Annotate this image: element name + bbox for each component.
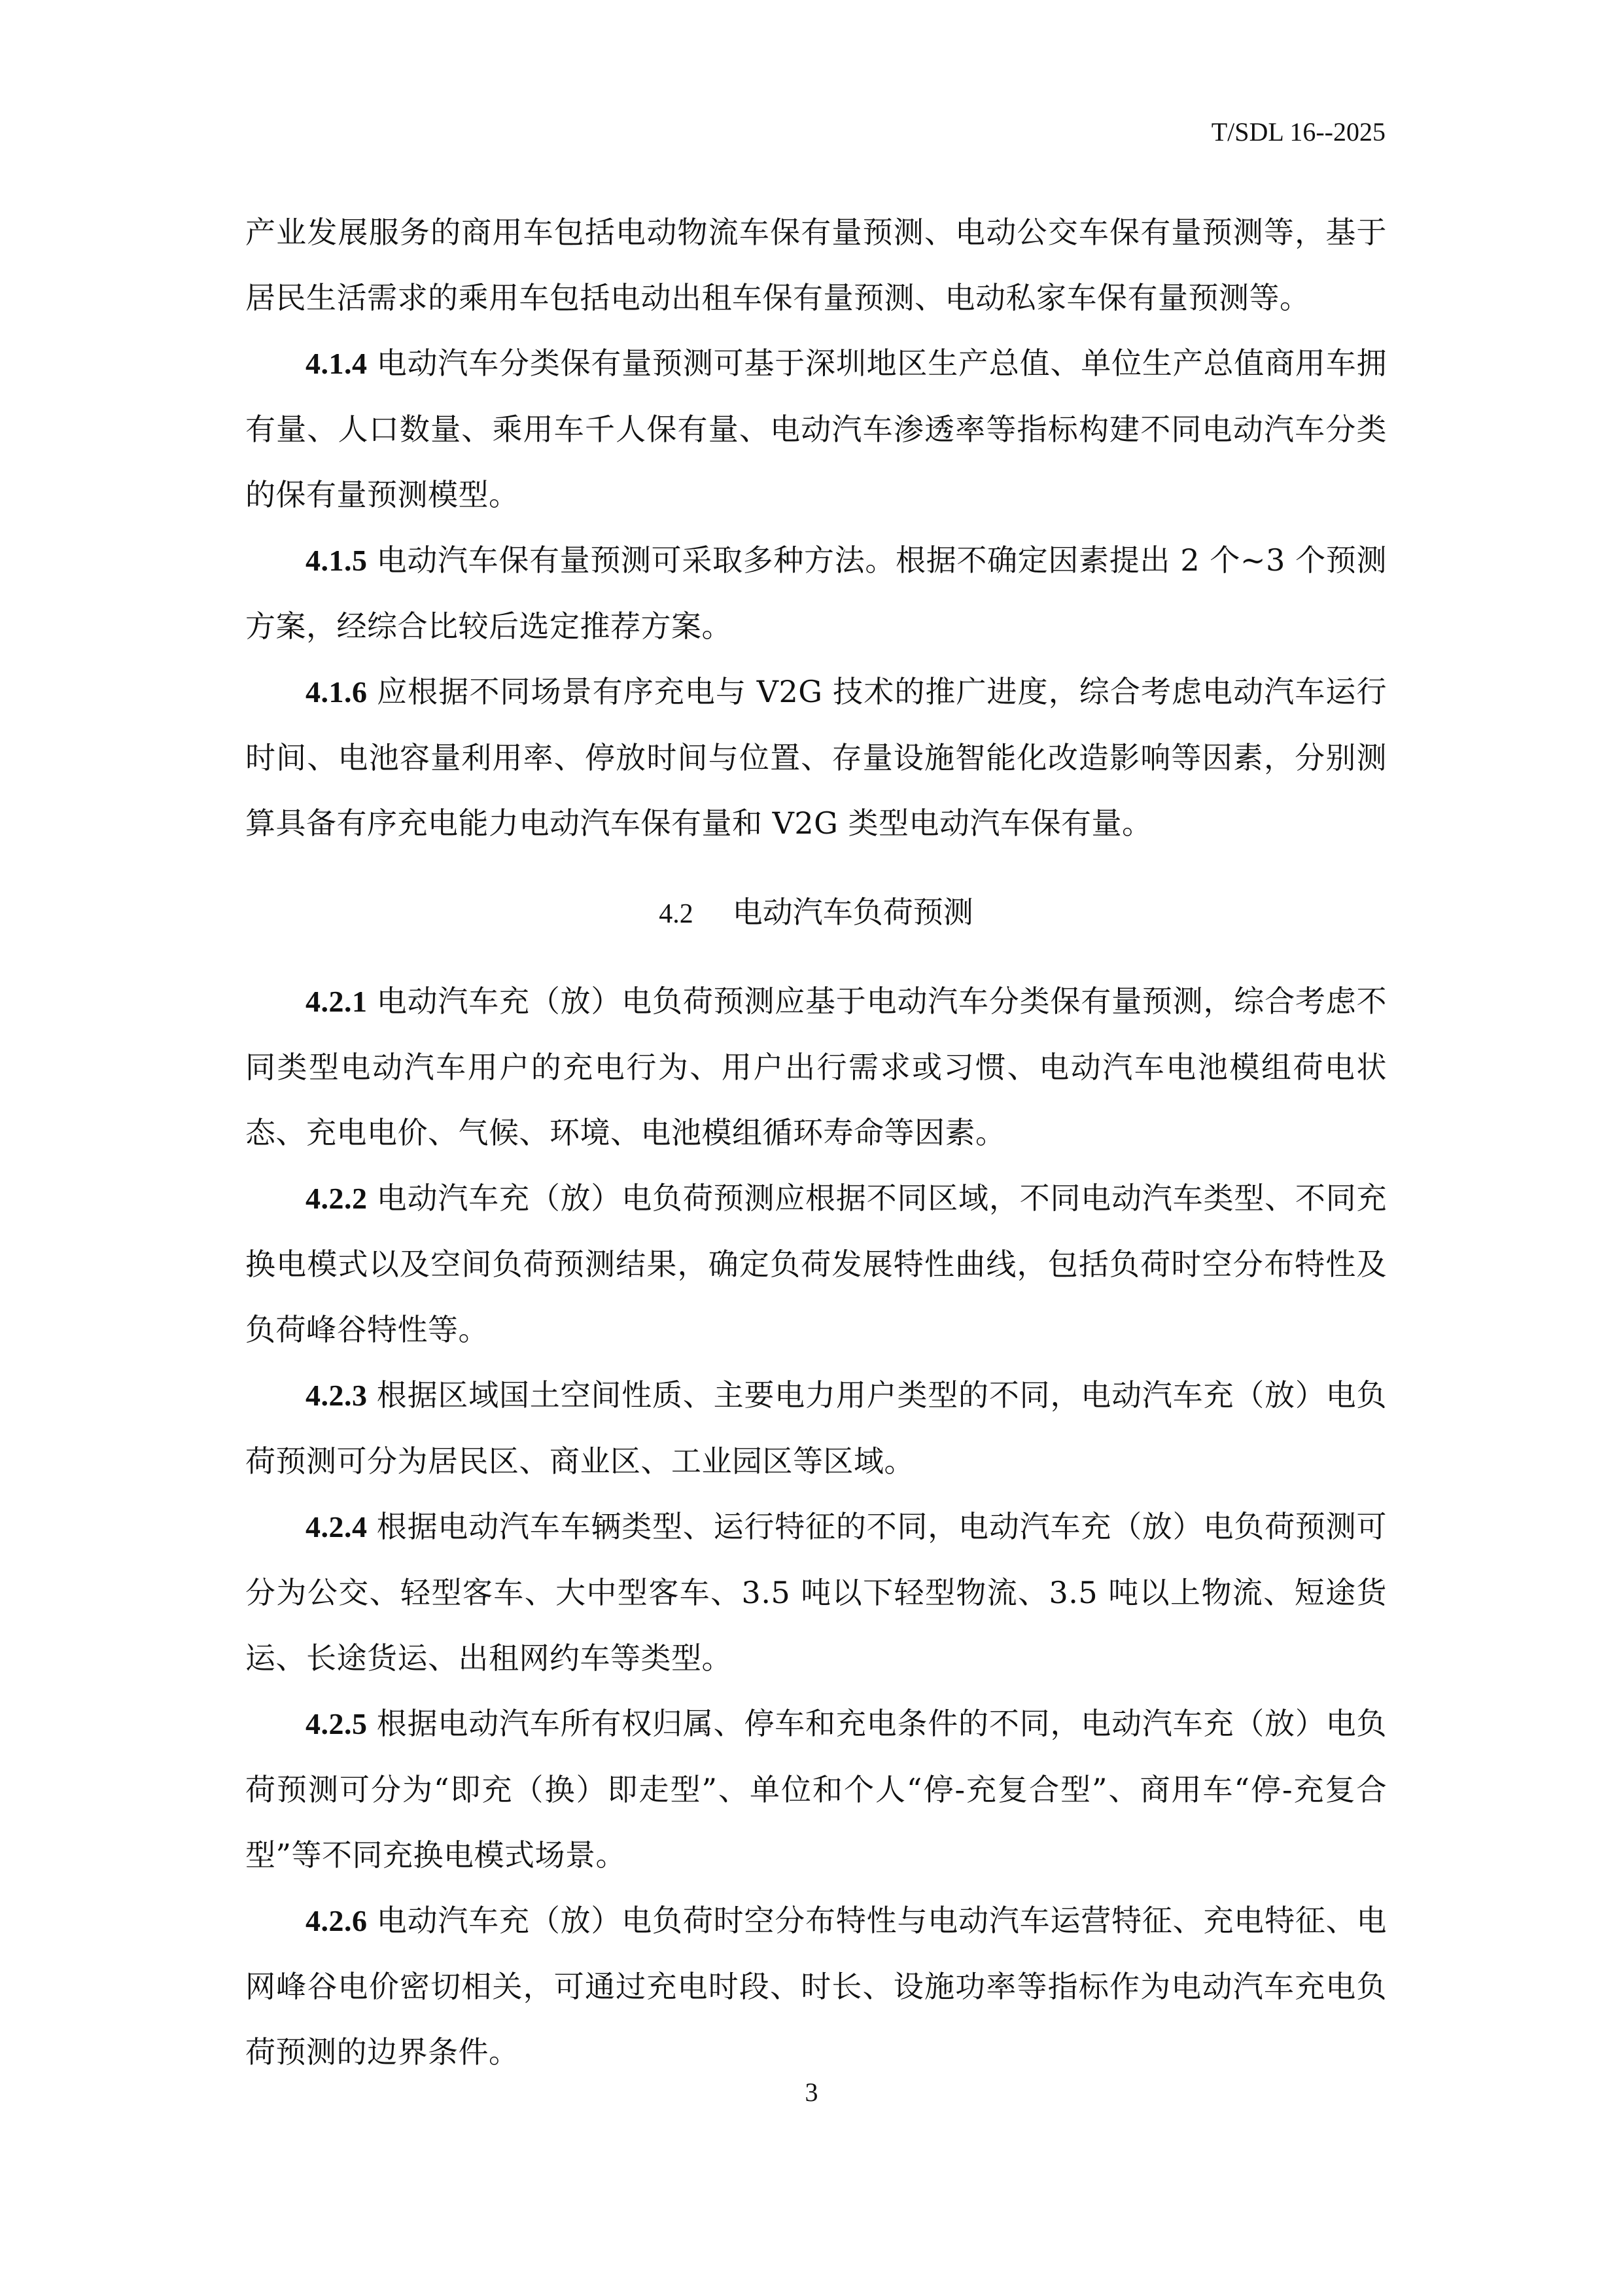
clause-text: 根据电动汽车车辆类型、运行特征的不同，电动汽车充（放）电负荷预测可分为公交、轻型… bbox=[245, 1509, 1387, 1676]
clause-number: 4.2.1 bbox=[305, 985, 368, 1018]
clause-4-2-5: 4.2.5根据电动汽车所有权归属、停车和充电条件的不同，电动汽车充（放）电负荷预… bbox=[245, 1691, 1387, 1888]
clause-4-1-4: 4.1.4电动汽车分类保有量预测可基于深圳地区生产总值、单位生产总值商用车拥有量… bbox=[245, 330, 1387, 527]
clause-4-2-2: 4.2.2电动汽车充（放）电负荷预测应根据不同区域，不同电动汽车类型、不同充换电… bbox=[245, 1165, 1387, 1362]
clause-4-2-1: 4.2.1电动汽车充（放）电负荷预测应基于电动汽车分类保有量预测，综合考虑不同类… bbox=[245, 968, 1387, 1165]
clause-text: 电动汽车保有量预测可采取多种方法。根据不确定因素提出 2 个~3 个预测方案，经… bbox=[245, 542, 1387, 644]
clause-number: 4.1.5 bbox=[305, 544, 368, 577]
clause-text: 根据电动汽车所有权归属、停车和充电条件的不同，电动汽车充（放）电负荷预测可分为“… bbox=[245, 1706, 1387, 1873]
clause-number: 4.2.3 bbox=[305, 1379, 368, 1412]
clause-text: 根据区域国土空间性质、主要电力用户类型的不同，电动汽车充（放）电负荷预测可分为居… bbox=[245, 1377, 1387, 1479]
clause-4-2-3: 4.2.3根据区域国土空间性质、主要电力用户类型的不同，电动汽车充（放）电负荷预… bbox=[245, 1362, 1387, 1494]
document-code-header: T/SDL 16--2025 bbox=[1212, 113, 1386, 152]
page-number: 3 bbox=[0, 2073, 1623, 2112]
clause-text: 电动汽车充（放）电负荷预测应根据不同区域，不同电动汽车类型、不同充换电模式以及空… bbox=[245, 1180, 1387, 1347]
clause-number: 4.2.5 bbox=[305, 1707, 368, 1740]
section-title: 电动汽车负荷预测 bbox=[733, 894, 973, 930]
clause-4-2-4: 4.2.4根据电动汽车车辆类型、运行特征的不同，电动汽车充（放）电负荷预测可分为… bbox=[245, 1494, 1387, 1691]
clause-text: 电动汽车充（放）电负荷时空分布特性与电动汽车运营特征、充电特征、电网峰谷电价密切… bbox=[245, 1903, 1387, 2070]
clause-text: 电动汽车充（放）电负荷预测应基于电动汽车分类保有量预测，综合考虑不同类型电动汽车… bbox=[245, 983, 1387, 1150]
section-number: 4.2 bbox=[659, 899, 693, 929]
section-heading-4-2: 4.2电动汽车负荷预测 bbox=[245, 879, 1387, 945]
document-body: 产业发展服务的商用车包括电动物流车保有量预测、电动公交车保有量预测等，基于居民生… bbox=[245, 200, 1387, 2085]
clause-number: 4.2.2 bbox=[305, 1182, 368, 1215]
clause-number: 4.1.4 bbox=[305, 347, 368, 380]
clause-4-1-6: 4.1.6应根据不同场景有序充电与 V2G 技术的推广进度，综合考虑电动汽车运行… bbox=[245, 659, 1387, 856]
continuation-paragraph: 产业发展服务的商用车包括电动物流车保有量预测、电动公交车保有量预测等，基于居民生… bbox=[245, 200, 1387, 330]
clause-4-2-6: 4.2.6电动汽车充（放）电负荷时空分布特性与电动汽车运营特征、充电特征、电网峰… bbox=[245, 1888, 1387, 2085]
clause-text: 电动汽车分类保有量预测可基于深圳地区生产总值、单位生产总值商用车拥有量、人口数量… bbox=[245, 345, 1387, 512]
clause-4-1-5: 4.1.5电动汽车保有量预测可采取多种方法。根据不确定因素提出 2 个~3 个预… bbox=[245, 527, 1387, 659]
clause-number: 4.1.6 bbox=[305, 675, 368, 709]
clause-number: 4.2.4 bbox=[305, 1510, 368, 1544]
clause-number: 4.2.6 bbox=[305, 1904, 368, 1937]
clause-text: 应根据不同场景有序充电与 V2G 技术的推广进度，综合考虑电动汽车运行时间、电池… bbox=[245, 674, 1387, 841]
